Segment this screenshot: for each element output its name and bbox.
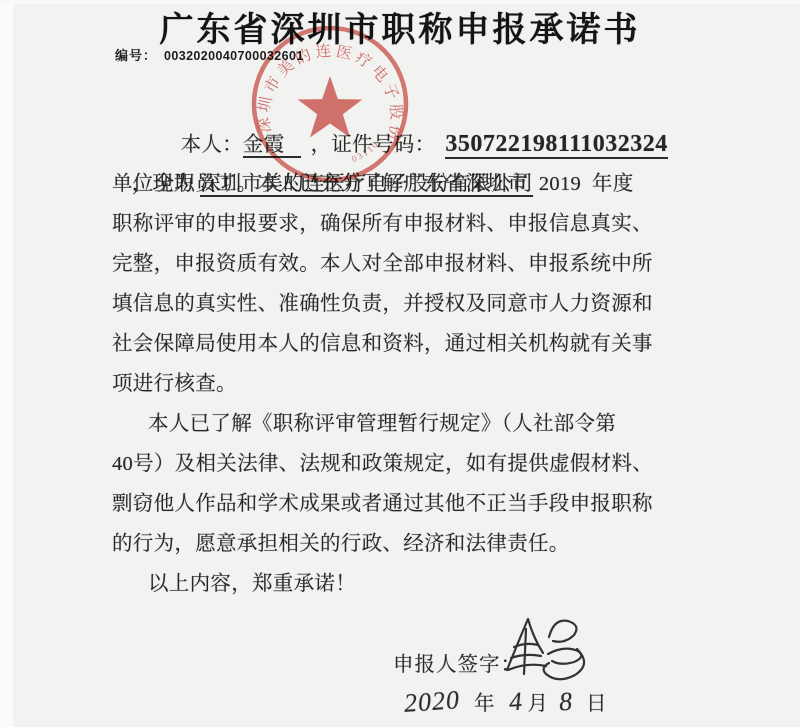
date-year-unit: 年 [474,686,495,716]
scan-edge [0,0,13,727]
seal-code-digits: 03110 [350,138,381,164]
paragraph1-line: 社会保障局使用本人的信息和资料，通过相关机构就有关事 [112,324,712,364]
date-month-unit: 月 [528,686,549,716]
date-month-handwritten: 4 [507,687,523,718]
signature-stroke [548,649,581,664]
signature-stroke [524,629,526,674]
paragraph2-line: 本人已了解《职称评审管理暂行规定》（人社部令第 [112,404,712,444]
date-year-handwritten: 2020 [403,685,461,719]
signature-stroke [511,655,541,658]
seal-star-icon [298,76,363,138]
date-day-unit: 日 [586,686,607,716]
paragraph2-line: 剽窃他人作品和学术成果或者通过其他不正当手段申报职称 [112,484,712,524]
signature-stroke [508,665,546,670]
paragraph1-line: 项进行核查。 [112,364,712,404]
paragraph1-line: 填信息的真实性、准确性负责，并授权及同意市人力资源和 [112,284,712,324]
paragraph1-line: 职称评审的申报要求，确保所有申报材料、申报信息真实、 [112,204,712,244]
paragraph1-line: 完整，申报资质有效。本人对全部申报材料、申报系统中所 [112,244,712,284]
date-line: 2020 年 4 月 8 日 [404,686,607,717]
document-page: 广东省深圳市职称申报承诺书 编号：0032020040700032601 本人：… [0,0,800,727]
applicant-signature-handwriting [497,610,597,698]
date-day-handwritten: 8 [558,687,574,718]
signature-stroke [549,621,576,642]
serial-label: 编号： [115,48,157,63]
id-number: 350722198111032324 [445,131,667,159]
person-label: 本人： [181,134,243,156]
closing-line: 以上内容，郑重承诺！ [112,564,712,604]
company-seal-stamp: 深圳市美的连医疗电子股份有限公司 03110 [244,18,416,190]
seal-code-text: 03110 [350,138,381,164]
paragraph2-line: 的行为，愿意承担相关的行政、经济和法律责任。 [112,524,712,564]
paragraph2-line: 40号）及相关法律、法规和政策规定，如有提供虚假材料、 [112,444,712,484]
